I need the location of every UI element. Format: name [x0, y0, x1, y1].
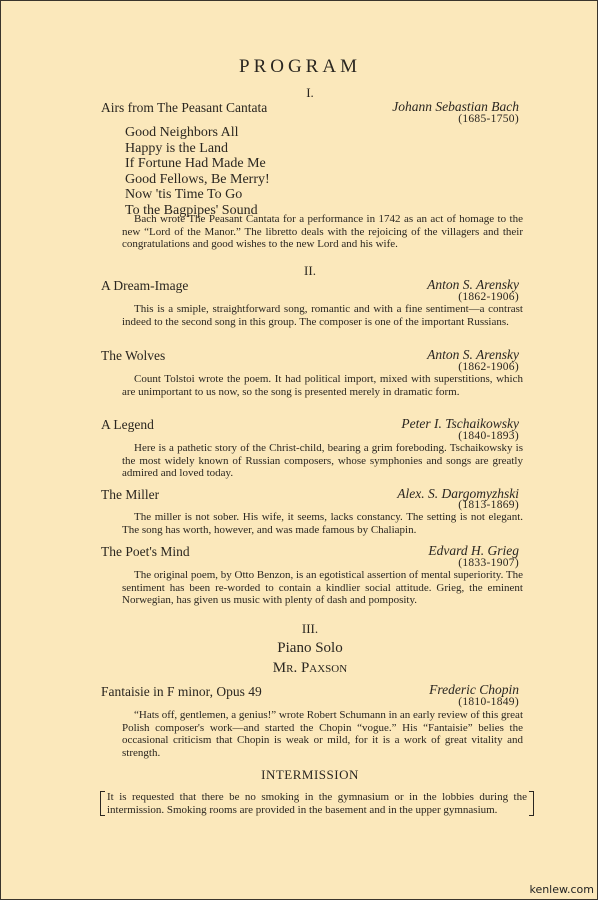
- program-note-text: Here is a pathetic story of the Christ-c…: [122, 442, 523, 479]
- piece-title: Airs from The Peasant Cantata: [101, 100, 267, 116]
- song-list: Good Neighbors All Happy is the Land If …: [125, 125, 270, 218]
- piece-title: A Legend: [101, 417, 154, 433]
- program-note: This is a smiple, straightforward song, …: [122, 303, 523, 328]
- program-note-text: The original poem, by Otto Benzon, is an…: [122, 569, 523, 606]
- composer-dates: (1862-1906): [458, 361, 519, 373]
- program-note-text: Bach wrote The Peasant Cantata for a per…: [122, 213, 523, 250]
- piece-title: A Dream-Image: [101, 278, 188, 294]
- piece-title: The Wolves: [101, 348, 165, 364]
- program-note-text: Count Tolstoi wrote the poem. It had pol…: [122, 373, 523, 398]
- program-note-text: This is a smiple, straightforward song, …: [122, 303, 523, 328]
- section-numeral-3: III.: [1, 621, 598, 637]
- program-note: “Hats off, gentlemen, a genius!” wrote R…: [122, 709, 523, 759]
- composer-dates: (1813-1869): [458, 499, 519, 511]
- intermission-heading: INTERMISSION: [1, 767, 598, 783]
- composer-dates: (1840-1893): [458, 430, 519, 442]
- song-item: Good Neighbors All: [125, 125, 270, 141]
- song-item: Good Fellows, Be Merry!: [125, 172, 270, 188]
- piece-title: The Miller: [101, 487, 159, 503]
- program-note-text: The miller is not sober. His wife, it se…: [122, 511, 523, 536]
- performer-name: Mr. Paxson: [1, 660, 598, 677]
- composer-dates: (1810-1849): [458, 696, 519, 708]
- composer-dates: (1685-1750): [458, 113, 519, 125]
- program-note: Bach wrote The Peasant Cantata for a per…: [122, 213, 523, 251]
- intermission-notice: It is requested that there be no smoking…: [101, 791, 533, 817]
- program-note: Count Tolstoi wrote the poem. It had pol…: [122, 373, 523, 398]
- song-item: If Fortune Had Made Me: [125, 156, 270, 172]
- composer-dates: (1862-1906): [458, 291, 519, 303]
- page-title: PROGRAM: [1, 56, 598, 78]
- section-heading: Piano Solo: [1, 640, 598, 657]
- song-item: Now 'tis Time To Go: [125, 187, 270, 203]
- piece-title: The Poet's Mind: [101, 544, 190, 560]
- piece-title: Fantaisie in F minor, Opus 49: [101, 684, 262, 700]
- watermark: kenlew.com: [529, 883, 594, 896]
- program-note: The miller is not sober. His wife, it se…: [122, 511, 523, 536]
- program-note: Here is a pathetic story of the Christ-c…: [122, 442, 523, 480]
- program-note: The original poem, by Otto Benzon, is an…: [122, 569, 523, 607]
- composer-dates: (1833-1907): [458, 557, 519, 569]
- song-item: Happy is the Land: [125, 141, 270, 157]
- program-page: PROGRAM I. Airs from The Peasant Cantata…: [0, 0, 598, 900]
- program-note-text: “Hats off, gentlemen, a genius!” wrote R…: [122, 709, 523, 759]
